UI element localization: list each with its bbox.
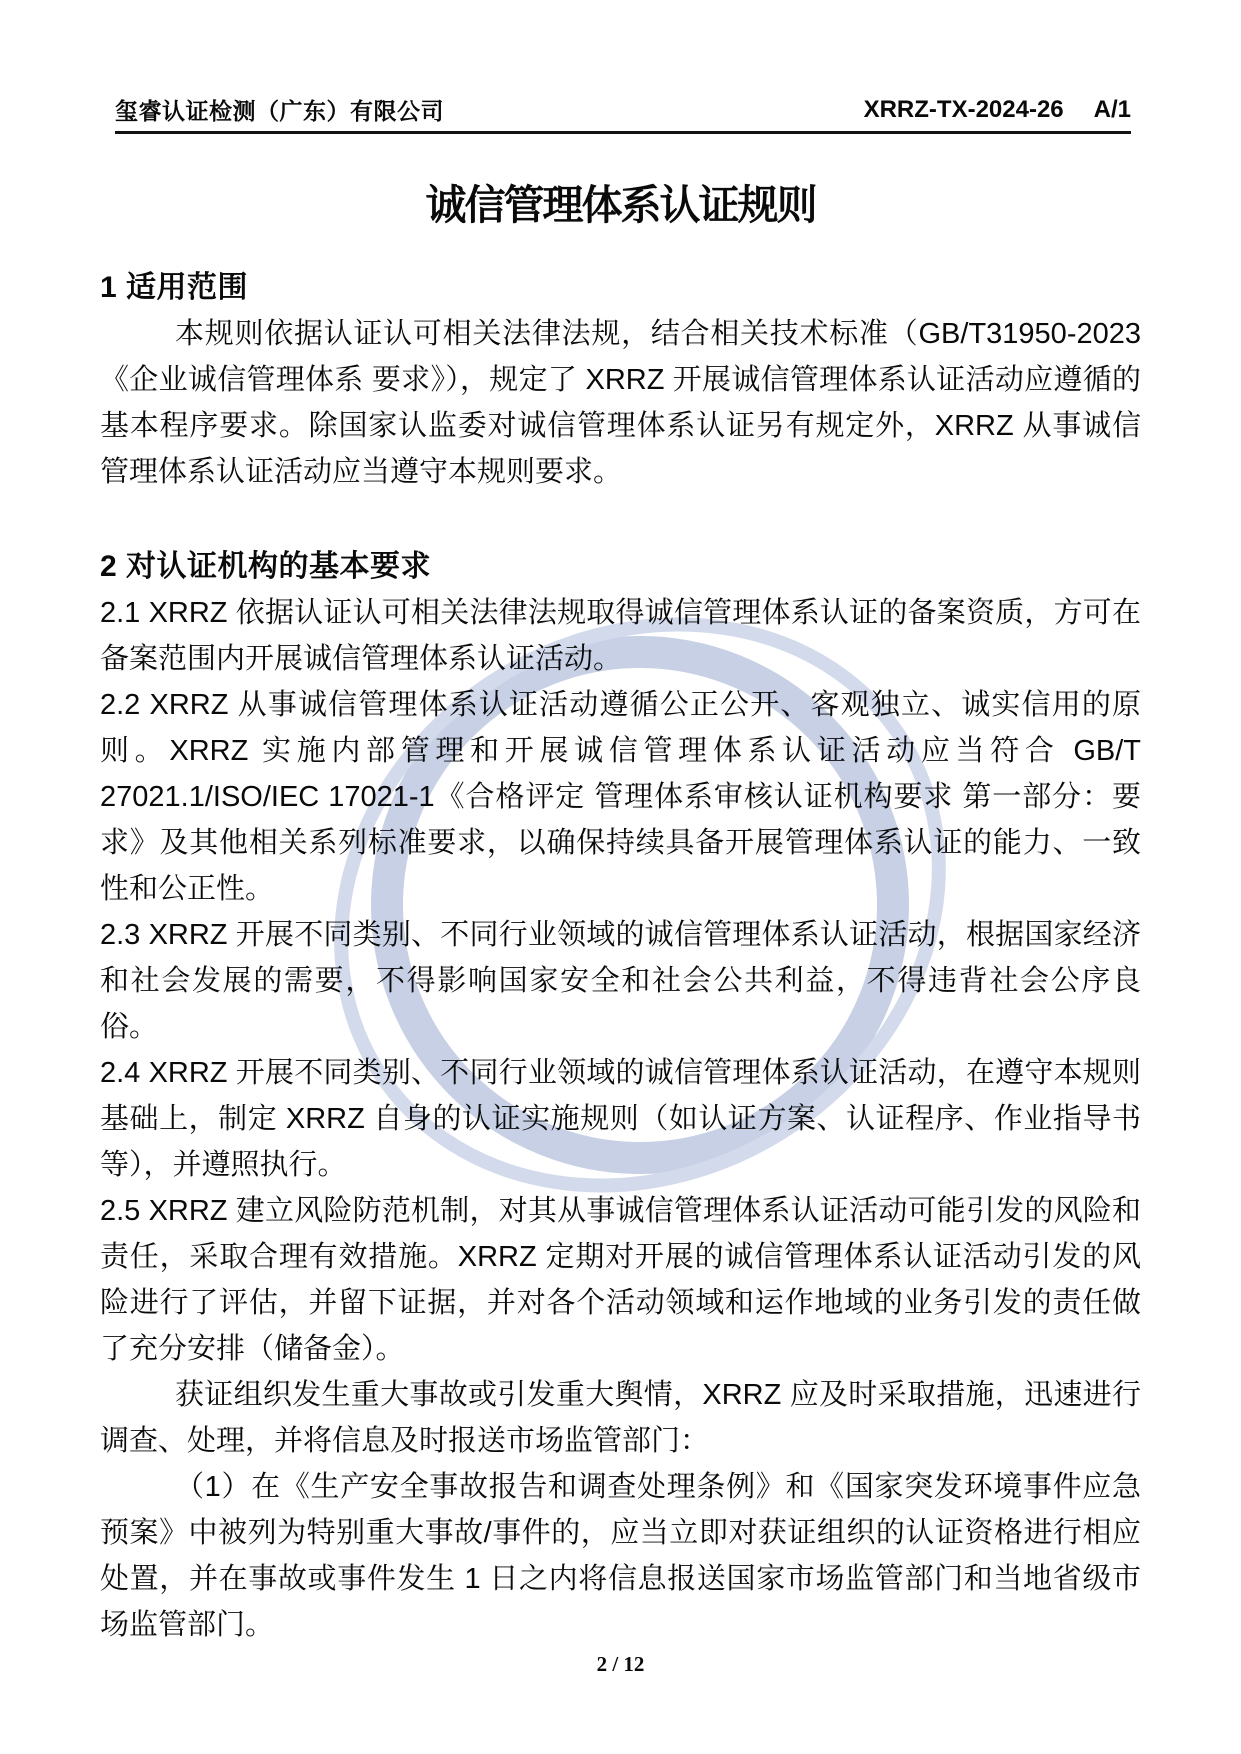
- paragraph: 获证组织发生重大事故或引发重大舆情，XRRZ 应及时采取措施，迅速进行调查、处理…: [100, 1372, 1141, 1464]
- document-body: 1 适用范围 本规则依据认证认可相关法律法规，结合相关技术标准（GB/T3195…: [100, 265, 1141, 1648]
- paragraph: 2.1 XRRZ 依据认证认可相关法律法规取得诚信管理体系认证的备案资质，方可在…: [100, 590, 1141, 682]
- paragraph: 2.3 XRRZ 开展不同类别、不同行业领域的诚信管理体系认证活动，根据国家经济…: [100, 912, 1141, 1050]
- section-basic-requirements: 2 对认证机构的基本要求 2.1 XRRZ 依据认证认可相关法律法规取得诚信管理…: [100, 544, 1141, 1648]
- company-name: 玺睿认证检测（广东）有限公司: [115, 88, 444, 124]
- paragraph: 2.5 XRRZ 建立风险防范机制，对其从事诚信管理体系认证活动可能引发的风险和…: [100, 1188, 1141, 1372]
- page-title: 诚信管理体系认证规则: [0, 172, 1241, 231]
- section-heading: 2 对认证机构的基本要求: [100, 544, 1141, 590]
- paragraph: 2.4 XRRZ 开展不同类别、不同行业领域的诚信管理体系认证活动，在遵守本规则…: [100, 1050, 1141, 1188]
- paragraph: 本规则依据认证认可相关法律法规，结合相关技术标准（GB/T31950-2023《…: [100, 311, 1141, 495]
- section-scope: 1 适用范围 本规则依据认证认可相关法律法规，结合相关技术标准（GB/T3195…: [100, 265, 1141, 495]
- section-heading: 1 适用范围: [100, 265, 1141, 311]
- page-header: 玺睿认证检测（广东）有限公司 XRRZ-TX-2024-26A/1: [115, 88, 1131, 134]
- document-version: A/1: [1094, 96, 1131, 123]
- paragraph: 2.2 XRRZ 从事诚信管理体系认证活动遵循公正公开、客观独立、诚实信用的原则…: [100, 682, 1141, 912]
- page-number: 2 / 12: [0, 1652, 1241, 1677]
- document-page: 玺睿认证检测（广东）有限公司 XRRZ-TX-2024-26A/1 诚信管理体系…: [0, 0, 1241, 1754]
- document-number: XRRZ-TX-2024-26A/1: [864, 88, 1131, 123]
- paragraph: （1）在《生产安全事故报告和调查处理条例》和《国家突发环境事件应急预案》中被列为…: [100, 1464, 1141, 1648]
- document-code: XRRZ-TX-2024-26: [864, 96, 1064, 123]
